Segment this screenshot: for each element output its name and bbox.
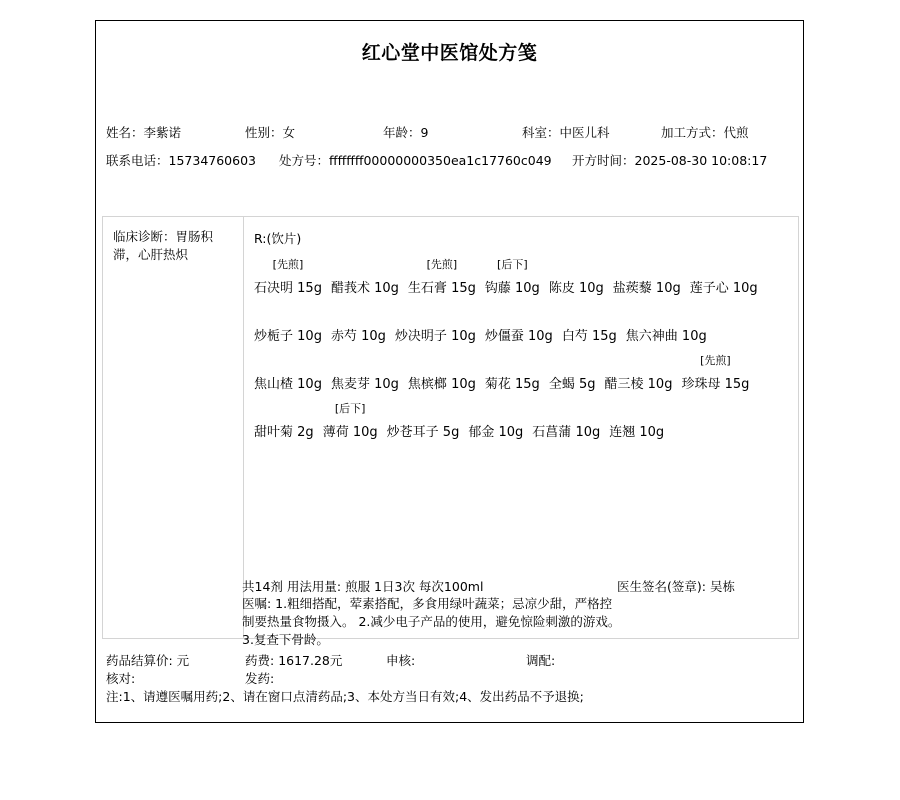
herb-name: 石决明 — [254, 281, 293, 296]
herb-name: 焦六神曲 — [626, 329, 678, 344]
herb-item: 郁金 10g — [468, 421, 523, 440]
herb-name: 炒栀子 — [254, 329, 293, 344]
herb-dose: 10g — [374, 281, 399, 296]
herb-item: 炒僵蚕 10g — [485, 325, 553, 344]
herb-name: 炒苍耳子 — [387, 425, 439, 440]
herb-dose: 2g — [297, 425, 314, 440]
herb-dose: 10g — [656, 281, 681, 296]
herb-name: 薄荷 — [323, 425, 349, 440]
herb-item: 炒决明子 10g — [395, 325, 476, 344]
settlement-price: 药品结算价: 元 — [106, 651, 189, 669]
herb-name: 连翘 — [609, 425, 635, 440]
herb-name: 赤芍 — [331, 329, 357, 344]
herb-name: 珍珠母 — [681, 377, 720, 392]
herb-item: 甜叶菊 2g — [254, 421, 314, 440]
herb-name: 醋莪术 — [331, 281, 370, 296]
patient-name: 姓名：李紫诺 — [106, 123, 181, 141]
prescription-number: 处方号：ffffffff00000000350ea1c17760c049 — [279, 151, 552, 169]
herb-dose: 10g — [361, 329, 386, 344]
herb-dose: 15g — [515, 377, 540, 392]
herb-dose: 10g — [639, 425, 664, 440]
drug-fee: 药费: 1617.28元 — [245, 651, 342, 669]
herb-note: [先煎] — [681, 352, 749, 368]
doctor-signature: 医生签名(签章): 吴栋 — [617, 577, 735, 595]
herb-name: 白芍 — [562, 329, 588, 344]
herb-note: [先煎] — [254, 256, 322, 272]
process-method: 加工方式：代煎 — [661, 123, 749, 141]
herb-name: 醋三棱 — [605, 377, 644, 392]
page-title: 红心堂中医馆处方笺 — [96, 38, 803, 65]
herb-name: 菊花 — [485, 377, 511, 392]
herb-item: 菊花 15g — [485, 373, 540, 392]
herb-name: 生石膏 — [408, 281, 447, 296]
herb-item: 醋莪术 10g — [331, 277, 399, 296]
issue-field: 发药: — [245, 669, 274, 687]
herb-dose: 15g — [297, 281, 322, 296]
herb-dose: 10g — [528, 329, 553, 344]
herb-dose: 10g — [515, 281, 540, 296]
herb-name: 莲子心 — [690, 281, 729, 296]
herb-item: 赤芍 10g — [331, 325, 386, 344]
herb-item: 白芍 15g — [562, 325, 617, 344]
herb-dose: 15g — [451, 281, 476, 296]
herb-item: 全蝎 5g — [549, 373, 596, 392]
herb-name: 钩藤 — [485, 281, 511, 296]
herb-name: 盐蒺藜 — [613, 281, 652, 296]
herb-name: 全蝎 — [549, 377, 575, 392]
herb-dose: 10g — [297, 329, 322, 344]
herb-dose: 10g — [451, 377, 476, 392]
check-field: 核对: — [106, 669, 135, 687]
herb-note: [先煎] — [408, 256, 476, 272]
herb-item: [后下]薄荷 10g — [323, 421, 378, 440]
herb-dose: 15g — [592, 329, 617, 344]
herb-dose: 10g — [733, 281, 758, 296]
herb-row-4: 甜叶菊 2g[后下]薄荷 10g炒苍耳子 5g郁金 10g石菖蒲 10g连翘 1… — [254, 421, 673, 461]
herb-item: [后下]钩藤 10g — [485, 277, 540, 296]
herb-item: 陈皮 10g — [549, 277, 604, 296]
prescription-sheet: 红心堂中医馆处方笺 姓名：李紫诺 性别：女 年龄：9 科室：中医儿科 加工方式：… — [95, 20, 804, 723]
herb-name: 甜叶菊 — [254, 425, 293, 440]
herb-item: 炒苍耳子 5g — [387, 421, 460, 440]
patient-gender: 性别：女 — [245, 123, 295, 141]
patient-age: 年龄：9 — [383, 123, 428, 141]
herb-name: 郁金 — [468, 425, 494, 440]
herb-item: 焦六神曲 10g — [626, 325, 707, 344]
herb-note: [后下] — [323, 400, 378, 416]
herb-name: 焦槟榔 — [408, 377, 447, 392]
herb-item: 莲子心 10g — [690, 277, 758, 296]
footer-note: 注:1、请遵医嘱用药;2、请在窗口点清药品;3、本处方当日有效;4、发出药品不予… — [106, 687, 584, 705]
herb-name: 炒决明子 — [395, 329, 447, 344]
herb-item: 焦槟榔 10g — [408, 373, 476, 392]
herb-row-1: [先煎]石决明 15g醋莪术 10g[先煎]生石膏 15g[后下]钩藤 10g陈… — [254, 277, 767, 317]
department: 科室：中医儿科 — [522, 123, 610, 141]
usage-dosage: 共14剂 用法用量: 煎服 1日3次 每次100ml — [242, 577, 483, 595]
herb-item: 醋三棱 10g — [605, 373, 673, 392]
clinical-diagnosis: 临床诊断：胃肠积滞，心肝热炽 — [113, 228, 228, 264]
herb-dose: 10g — [648, 377, 673, 392]
herb-dose: 10g — [451, 329, 476, 344]
herb-name: 焦麦芽 — [331, 377, 370, 392]
herb-dose: 10g — [682, 329, 707, 344]
herb-item: 炒栀子 10g — [254, 325, 322, 344]
column-divider — [243, 217, 244, 638]
herb-dose: 10g — [579, 281, 604, 296]
rx-header: R:(饮片) — [254, 229, 301, 247]
herb-item: 盐蒺藜 10g — [613, 277, 681, 296]
patient-phone: 联系电话：15734760603 — [106, 151, 256, 169]
herb-name: 炒僵蚕 — [485, 329, 524, 344]
medical-advice: 医嘱: 1.粗细搭配，荤素搭配，多食用绿叶蔬菜；忌凉少甜，严格控制要热量食物摄入… — [242, 595, 622, 649]
herb-item: [先煎]石决明 15g — [254, 277, 322, 296]
herb-dose: 10g — [353, 425, 378, 440]
herb-item: [先煎]生石膏 15g — [408, 277, 476, 296]
herb-item: [先煎]珍珠母 15g — [681, 373, 749, 392]
herb-dose: 10g — [374, 377, 399, 392]
herb-row-2: 炒栀子 10g赤芍 10g炒决明子 10g炒僵蚕 10g白芍 15g焦六神曲 1… — [254, 325, 716, 365]
dispense-field: 调配: — [526, 651, 555, 669]
herb-dose: 15g — [725, 377, 750, 392]
herb-dose: 5g — [579, 377, 596, 392]
herb-dose: 10g — [498, 425, 523, 440]
herb-item: 焦山楂 10g — [254, 373, 322, 392]
herb-name: 陈皮 — [549, 281, 575, 296]
herb-item: 连翘 10g — [609, 421, 664, 440]
review-field: 申核: — [386, 651, 415, 669]
herb-name: 石菖蒲 — [532, 425, 571, 440]
herb-dose: 5g — [443, 425, 460, 440]
prescription-box: 临床诊断：胃肠积滞，心肝热炽 R:(饮片) [先煎]石决明 15g醋莪术 10g… — [102, 216, 799, 639]
herb-item: 焦麦芽 10g — [331, 373, 399, 392]
herb-name: 焦山楂 — [254, 377, 293, 392]
prescription-time: 开方时间：2025-08-30 10:08:17 — [572, 151, 767, 169]
herb-dose: 10g — [575, 425, 600, 440]
herb-item: 石菖蒲 10g — [532, 421, 600, 440]
herb-note: [后下] — [485, 256, 540, 272]
herb-dose: 10g — [297, 377, 322, 392]
